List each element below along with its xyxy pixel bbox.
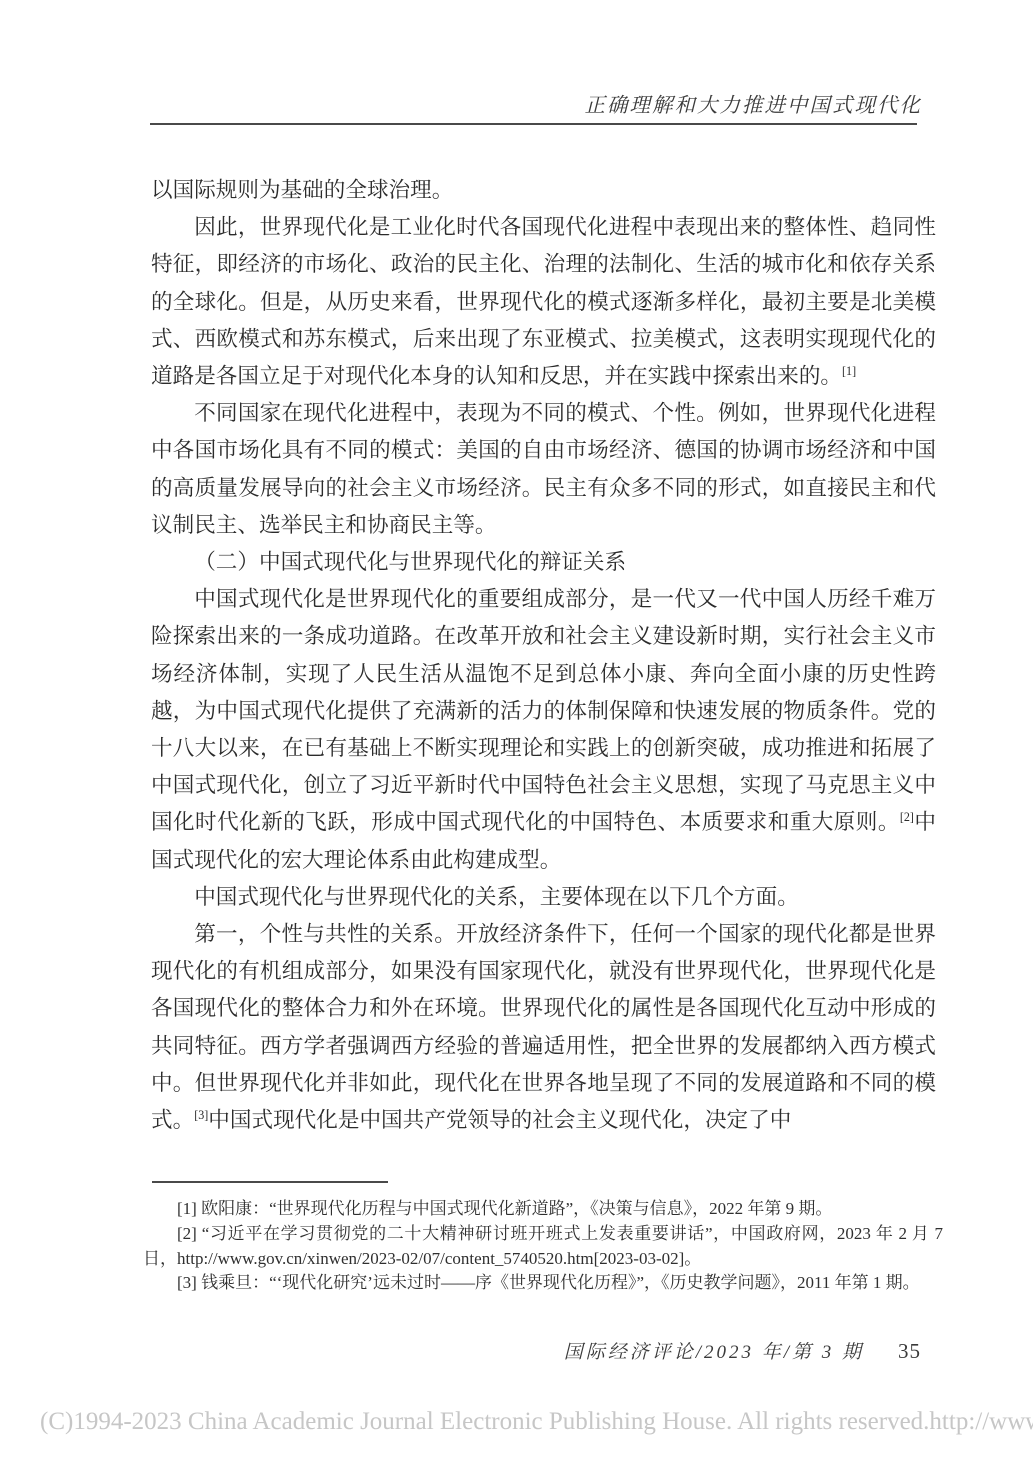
- paragraph: 不同国家在现代化进程中，表现为不同的模式、个性。例如，世界现代化进程中各国市场化…: [151, 395, 936, 544]
- text-run: 中国式现代化与世界现代化的关系，主要体现在以下几个方面。: [194, 885, 799, 909]
- watermark-copyright: (C)1994-2023 China Academic Journal Elec…: [40, 1408, 929, 1436]
- watermark: (C)1994-2023 China Academic Journal Elec…: [0, 1408, 1033, 1436]
- paragraph: 以国际规则为基础的全球治理。: [151, 172, 936, 209]
- journal-info: 国际经济评论/2023 年/第 3 期: [564, 1342, 864, 1363]
- footnote-item: [3] 钱乘旦：“‘现代化研究’远未过时——序《世界现代化历程》”，《历史教学问…: [143, 1271, 943, 1296]
- footnote-ref: [1]: [842, 364, 856, 378]
- text-run: 以国际规则为基础的全球治理。: [151, 178, 453, 202]
- page-footer: 国际经济评论/2023 年/第 3 期 35: [564, 1337, 921, 1364]
- paragraph: （二）中国式现代化与世界现代化的辩证关系: [151, 544, 936, 581]
- paragraph: 第一，个性与共性的关系。开放经济条件下，任何一个国家的现代化都是世界现代化的有机…: [151, 916, 936, 1139]
- text-run: 不同国家在现代化进程中，表现为不同的模式、个性。例如，世界现代化进程中各国市场化…: [151, 401, 936, 537]
- article-body: 以国际规则为基础的全球治理。因此，世界现代化是工业化时代各国现代化进程中表现出来…: [151, 172, 936, 1139]
- text-run: 第一，个性与共性的关系。开放经济条件下，任何一个国家的现代化都是世界现代化的有机…: [151, 922, 936, 1132]
- watermark-url: http://www.cnki.net: [929, 1408, 1033, 1436]
- journal-page: 正确理解和大力推进中国式现代化 以国际规则为基础的全球治理。因此，世界现代化是工…: [0, 0, 1033, 1476]
- text-run: 中国式现代化是中国共产党领导的社会主义现代化，决定了中: [208, 1108, 791, 1132]
- paragraph: 因此，世界现代化是工业化时代各国现代化进程中表现出来的整体性、趋同性特征，即经济…: [151, 209, 936, 395]
- page-number: 35: [898, 1339, 921, 1363]
- text-run: 因此，世界现代化是工业化时代各国现代化进程中表现出来的整体性、趋同性特征，即经济…: [151, 215, 936, 388]
- running-header-title: 正确理解和大力推进中国式现代化: [585, 88, 923, 118]
- footnote-separator: [152, 1181, 388, 1183]
- paragraph: 中国式现代化是世界现代化的重要组成部分，是一代又一代中国人历经千难万险探索出来的…: [151, 581, 936, 879]
- footnote-item: [1] 欧阳康：“世界现代化历程与中国式现代化新道路”，《决策与信息》，2022…: [143, 1197, 943, 1222]
- footnote-ref: [3]: [194, 1108, 208, 1122]
- text-run: （二）中国式现代化与世界现代化的辩证关系: [194, 550, 626, 574]
- footnotes: [1] 欧阳康：“世界现代化历程与中国式现代化新道路”，《决策与信息》，2022…: [143, 1197, 943, 1296]
- header-rule: [150, 123, 917, 125]
- paragraph: 中国式现代化与世界现代化的关系，主要体现在以下几个方面。: [151, 879, 936, 916]
- footnote-item: [2] “习近平在学习贯彻党的二十大精神研讨班开班式上发表重要讲话”，中国政府网…: [143, 1222, 943, 1272]
- footnote-ref: [2]: [900, 810, 914, 824]
- text-run: 中国式现代化是世界现代化的重要组成部分，是一代又一代中国人历经千难万险探索出来的…: [151, 587, 936, 834]
